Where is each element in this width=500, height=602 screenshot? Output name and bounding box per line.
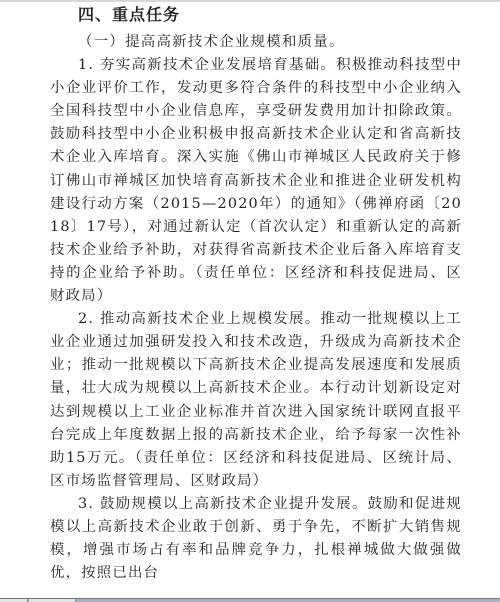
document-page: 四、重点任务 （一）提高高新技术企业规模和质量。 1. 夯实高新技术企业发展培育… (50, 4, 462, 585)
subsection-heading: （一）提高高新技术企业规模和质量。 (50, 31, 462, 54)
paragraph-1: 1. 夯实高新技术企业发展培育基础。积极推动科技型中小企业评价工作，发动更多符合… (50, 54, 462, 308)
paragraph-3: 3. 鼓励规模以上高新技术企业提升发展。鼓励和促进规模以上高新技术企业敢于创新、… (50, 493, 462, 585)
paragraph-2: 2. 推动高新技术企业上规模发展。推动一批规模以上工业企业通过加强研发投入和技术… (50, 308, 462, 493)
section-heading: 四、重点任务 (50, 4, 462, 26)
bottom-scrollbar[interactable] (0, 598, 500, 602)
top-border (0, 0, 500, 2)
